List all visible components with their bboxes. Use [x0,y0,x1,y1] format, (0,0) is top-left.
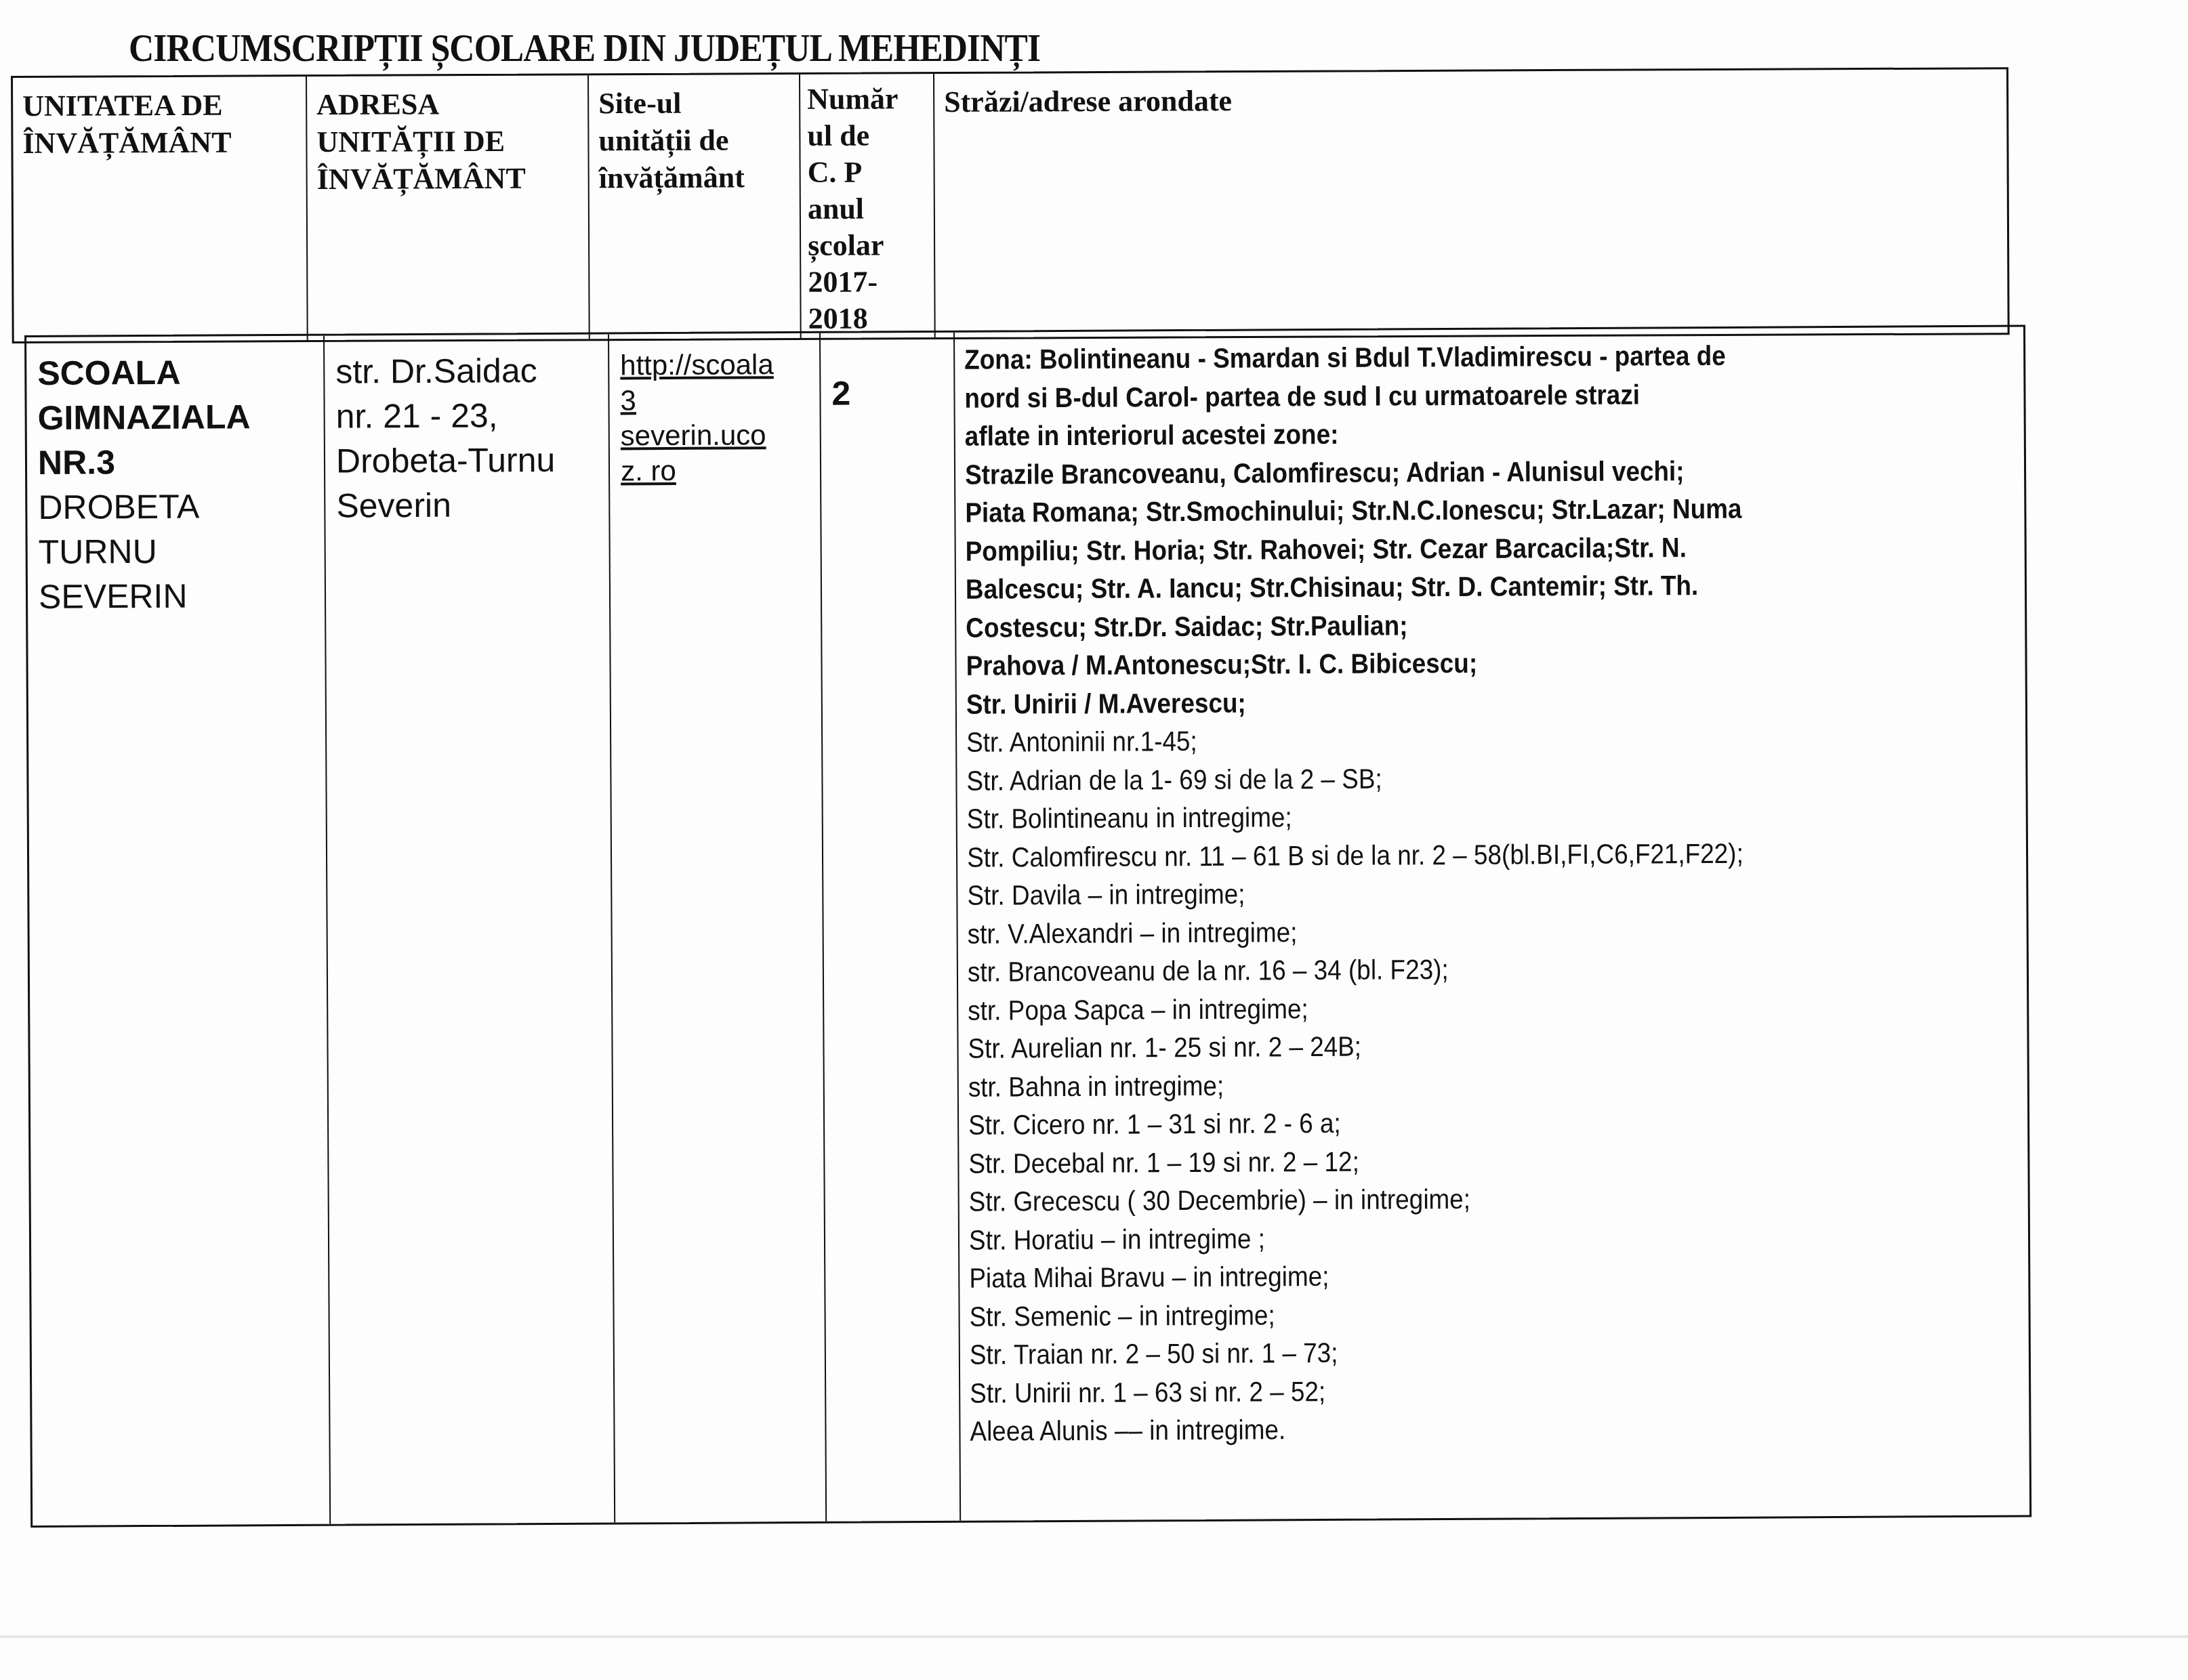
text-line: TURNU [39,528,314,574]
text-line: UNITĂȚII DE [316,122,578,161]
text-line: SEVERIN [39,573,314,619]
text-line: ÎNVĂȚĂMÂNT [22,123,296,162]
text-line: http://scoala [620,347,808,383]
text-line: str. Brancoveanu de la nr. 16 – 34 (bl. … [968,948,2017,992]
text-line: învățământ [599,159,790,196]
text-line: unității de [598,121,789,159]
text-line: Str. Bolintineanu in intregime; [967,795,2016,839]
text-line: Balcescu; Str. A. Iancu; Str.Chisinau; S… [966,565,2015,609]
text-line: școlar [808,227,927,264]
header-count: Numărul deC. Panulșcolar2017-2018 [799,74,934,338]
streets-list: Zona: Bolintineanu - Smardan si Bdul T.V… [964,335,2019,1451]
text-line: Costescu; Str.Dr. Saidac; Str.Paulian; [966,603,2015,647]
text-line: Str. Cicero nr. 1 – 31 si nr. 2 - 6 a; [968,1101,2017,1145]
cell-school: SCOALAGIMNAZIALANR.3 DROBETATURNUSEVERIN [26,336,329,1526]
text-line: C. P [808,154,927,191]
text-line: 3 [620,382,808,418]
cell-address: str. Dr.Saidacnr. 21 - 23,Drobeta-TurnuS… [323,334,614,1524]
text-line: Piata Mihai Bravu – in intregime; [969,1254,2018,1298]
text-line: GIMNAZIALA [37,394,312,440]
text-line: Strazile Brancoveanu, Calomfirescu; Adri… [965,450,2014,494]
scan-edge [0,1635,2188,1638]
streets-zone: Zona: Bolintineanu - Smardan si Bdul T.V… [964,335,2015,723]
text-line: z. ro [621,453,809,488]
text-line: UNITATEA DE [22,86,296,125]
text-line: Str. Antoninii nr.1-45; [966,718,2015,762]
text-line: Str. Unirii / M.Averescu; [966,679,2015,723]
text-line: str. Bahna in intregime; [968,1062,2017,1106]
table-header-row: UNITATEA DEÎNVĂȚĂMÂNT ADRESAUNITĂȚII DEÎ… [11,67,2010,343]
school-site-link[interactable]: http://scoala3severin.ucoz. ro [620,347,809,488]
cell-streets: Zona: Bolintineanu - Smardan si Bdul T.V… [953,327,2029,1521]
text-line: Str. Decebal nr. 1 – 19 si nr. 2 – 12; [968,1139,2017,1183]
cell-count: 2 [819,333,959,1521]
text-line: ADRESA [316,85,578,123]
text-line: nord si B-dul Carol- partea de sud I cu … [964,373,2013,417]
text-line: severin.uco [621,417,809,453]
text-line: Str. Unirii nr. 1 – 63 si nr. 2 – 52; [970,1368,2019,1412]
cell-site: http://scoala3severin.ucoz. ro [608,333,825,1523]
school-name: SCOALAGIMNAZIALANR.3 [37,350,313,485]
text-line: str. Dr.Saidac [335,348,597,394]
header-address: ADRESAUNITĂȚII DEÎNVĂȚĂMÂNT [306,75,589,340]
text-line: Piata Romana; Str.Smochinului; Str.N.C.I… [965,488,2014,532]
text-line: str. V.Alexandri – in intregime; [967,909,2016,953]
text-line: NR.3 [38,439,313,485]
text-line: Număr [807,81,926,118]
header-unit: UNITATEA DEÎNVĂȚĂMÂNT [13,77,307,341]
text-line: Pompiliu; Str. Horia; Str. Rahovei; Str.… [966,526,2015,570]
text-line: Str. Semenic – in intregime; [969,1292,2018,1336]
text-line: anul [808,190,927,228]
document-title: CIRCUMSCRIPȚII ȘCOLARE DIN JUDEȚUL MEHED… [129,27,1040,70]
text-line: nr. 21 - 23, [335,393,597,439]
text-line: Drobeta-Turnu [336,438,598,484]
text-line: Str. Grecescu ( 30 Decembrie) – in intre… [969,1177,2018,1221]
streets-detail: Str. Antoninii nr.1-45;Str. Adrian de la… [966,718,2019,1451]
table-row: SCOALAGIMNAZIALANR.3 DROBETATURNUSEVERIN… [24,325,2031,1528]
text-line: str. Popa Sapca – in intregime; [968,986,2017,1030]
text-line: Str. Aurelian nr. 1- 25 si nr. 2 – 24B; [968,1024,2017,1068]
text-line: ul de [807,117,926,154]
text-line: Prahova / M.Antonescu;Str. I. C. Bibices… [966,642,2015,686]
header-streets: Străzi/adrese arondate [933,69,2008,337]
text-line: Zona: Bolintineanu - Smardan si Bdul T.V… [964,335,2013,379]
text-line: DROBETA [38,484,313,530]
text-line: Aleea Alunis –– in intregime. [970,1407,2019,1451]
text-line: Str. Davila – in intregime; [967,871,2016,915]
text-line: Str. Calomfirescu nr. 11 – 61 B si de la… [967,833,2016,877]
text-line: Str. Traian nr. 2 – 50 si nr. 1 – 73; [970,1330,2019,1374]
text-line: Str. Horatiu – in intregime ; [969,1215,2018,1259]
text-line: 2017- [808,264,927,301]
text-line: Severin [336,482,598,528]
text-line: aflate in interiorul acestei zone: [965,412,2014,456]
text-line: Site-ul [598,84,789,122]
text-line: Străzi/adrese arondate [944,79,1997,121]
text-line: ÎNVĂȚĂMÂNT [317,159,579,198]
text-line: SCOALA [37,350,312,396]
school-city: DROBETATURNUSEVERIN [38,484,314,619]
text-line: Str. Adrian de la 1- 69 si de la 2 – SB; [966,756,2015,800]
header-site: Site-ulunității deînvățământ [587,75,800,339]
